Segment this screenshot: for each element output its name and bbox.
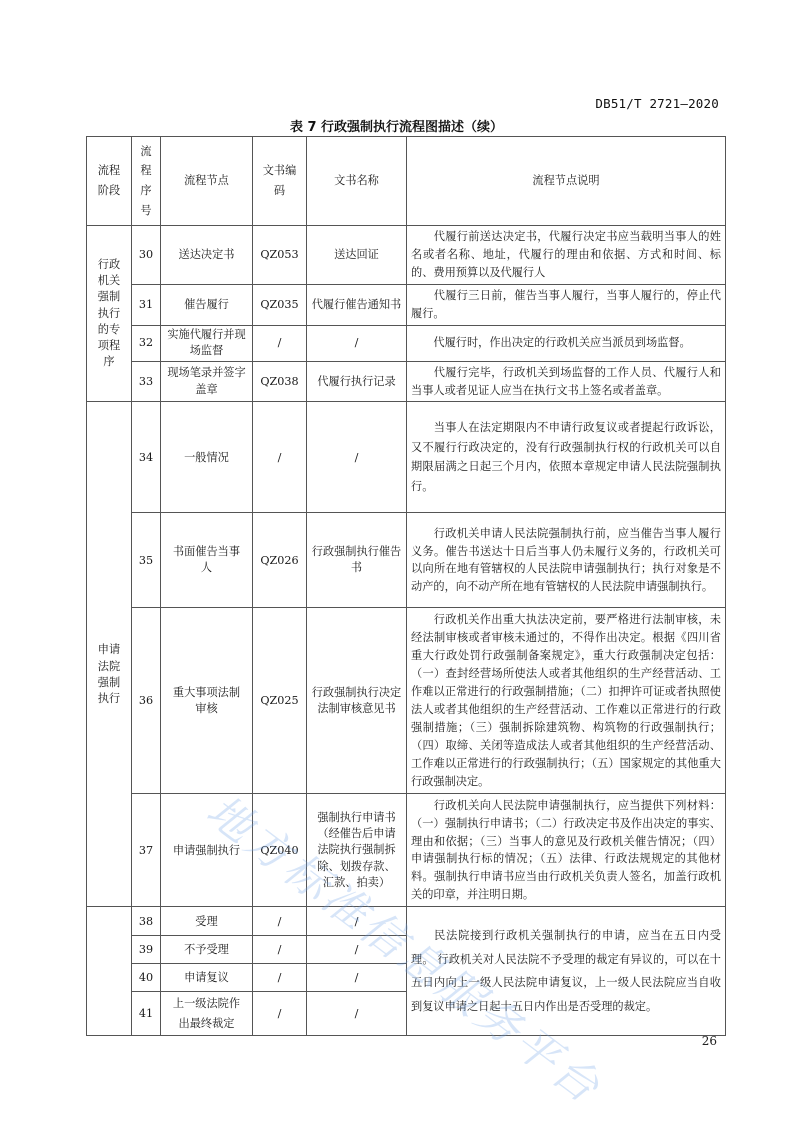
docname-cell: / [307, 964, 407, 992]
code-cell: QZ053 [253, 226, 307, 285]
process-description-table: 流程阶段 流程序号 流程节点 文书编码 文书名称 流程节点说明 行政机关强制执行… [86, 136, 726, 1036]
node-cell: 送达决定书 [161, 226, 253, 285]
docname-cell: / [307, 992, 407, 1036]
document-standard-code: DB51/T 2721—2020 [595, 96, 719, 111]
column-header-node: 流程节点 [161, 137, 253, 226]
docname-cell: 送达回证 [307, 226, 407, 285]
code-cell: / [253, 936, 307, 964]
column-header-desc: 流程节点说明 [407, 137, 726, 226]
column-header-seq: 流程序号 [132, 137, 161, 226]
desc-cell: 行政机关向人民法院申请强制执行，应当提供下列材料：（一）强制执行申请书；（二）行… [407, 794, 726, 907]
node-cell: 申请强制执行 [161, 794, 253, 907]
docname-cell: 代履行催告通知书 [307, 284, 407, 325]
table-row: 31 催告履行 QZ035 代履行催告通知书 代履行三日前，催告当事人履行，当事… [87, 284, 726, 325]
docname-cell: / [307, 402, 407, 513]
stage-cell: 申请法院强制执行 [87, 402, 132, 907]
docname-cell: 行政强制执行催告书 [307, 513, 407, 608]
seq-cell: 37 [132, 794, 161, 907]
docname-cell: 强制执行申请书（经催告后申请法院执行强制拆除、划拨存款、汇款、拍卖） [307, 794, 407, 907]
stage-cell [87, 907, 132, 1036]
node-cell: 受理 [161, 907, 253, 936]
desc-cell: 代履行完毕，行政机关到场监督的工作人员、代履行人和当事人或者见证人应当在执行文书… [407, 361, 726, 402]
docname-cell: / [307, 907, 407, 936]
table-row: 行政机关强制执行的专项程序 30 送达决定书 QZ053 送达回证 代履行前送达… [87, 226, 726, 285]
node-cell: 申请复议 [161, 964, 253, 992]
code-cell: QZ040 [253, 794, 307, 907]
docname-cell: 代履行执行记录 [307, 361, 407, 402]
seq-cell: 38 [132, 907, 161, 936]
column-header-code: 文书编码 [253, 137, 307, 226]
node-cell: 书面催告当事人 [161, 513, 253, 608]
desc-cell: 代履行前送达决定书，代履行决定书应当载明当事人的姓名或者名称、地址，代履行的理由… [407, 226, 726, 285]
code-cell: QZ026 [253, 513, 307, 608]
code-cell: QZ025 [253, 608, 307, 794]
table-row: 33 现场笔录并签字盖章 QZ038 代履行执行记录 代履行完毕，行政机关到场监… [87, 361, 726, 402]
page-number: 26 [702, 1034, 717, 1048]
seq-cell: 32 [132, 325, 161, 361]
code-cell: / [253, 402, 307, 513]
seq-cell: 35 [132, 513, 161, 608]
docname-cell: 行政强制执行决定法制审核意见书 [307, 608, 407, 794]
code-cell: QZ035 [253, 284, 307, 325]
desc-cell: 当事人在法定期限内不申请行政复议或者提起行政诉讼，又不履行行政决定的，没有行政强… [407, 402, 726, 513]
column-header-docname: 文书名称 [307, 137, 407, 226]
seq-cell: 31 [132, 284, 161, 325]
seq-cell: 41 [132, 992, 161, 1036]
table-row: 38 受理 / / 民法院接到行政机关强制执行的申请，应当在五日内受理。 行政机… [87, 907, 726, 936]
seq-cell: 40 [132, 964, 161, 992]
docname-cell: / [307, 325, 407, 361]
desc-cell: 行政机关作出重大执法决定前，要严格进行法制审核，未经法制审核或者审核未通过的，不… [407, 608, 726, 794]
table-row: 36 重大事项法制审核 QZ025 行政强制执行决定法制审核意见书 行政机关作出… [87, 608, 726, 794]
table-row: 35 书面催告当事人 QZ026 行政强制执行催告书 行政机关申请人民法院强制执… [87, 513, 726, 608]
table-header-row: 流程阶段 流程序号 流程节点 文书编码 文书名称 流程节点说明 [87, 137, 726, 226]
table-row: 32 实施代履行并现场监督 / / 代履行时，作出决定的行政机关应当派员到场监督… [87, 325, 726, 361]
table-row: 37 申请强制执行 QZ040 强制执行申请书（经催告后申请法院执行强制拆除、划… [87, 794, 726, 907]
seq-cell: 34 [132, 402, 161, 513]
node-cell: 不予受理 [161, 936, 253, 964]
code-cell: / [253, 964, 307, 992]
node-cell: 重大事项法制审核 [161, 608, 253, 794]
code-cell: QZ038 [253, 361, 307, 402]
stage-cell: 行政机关强制执行的专项程序 [87, 226, 132, 402]
desc-cell: 代履行三日前，催告当事人履行，当事人履行的，停止代履行。 [407, 284, 726, 325]
desc-cell: 行政机关申请人民法院强制执行前，应当催告当事人履行义务。催告书送达十日后当事人仍… [407, 513, 726, 608]
node-cell: 现场笔录并签字盖章 [161, 361, 253, 402]
node-cell: 催告履行 [161, 284, 253, 325]
seq-cell: 33 [132, 361, 161, 402]
code-cell: / [253, 992, 307, 1036]
code-cell: / [253, 325, 307, 361]
seq-cell: 36 [132, 608, 161, 794]
docname-cell: / [307, 936, 407, 964]
desc-cell-merged: 民法院接到行政机关强制执行的申请，应当在五日内受理。 行政机关对人民法院不予受理… [407, 907, 726, 1036]
node-cell: 上一级法院作出最终裁定 [161, 992, 253, 1036]
desc-cell: 代履行时，作出决定的行政机关应当派员到场监督。 [407, 325, 726, 361]
code-cell: / [253, 907, 307, 936]
node-cell: 实施代履行并现场监督 [161, 325, 253, 361]
seq-cell: 39 [132, 936, 161, 964]
node-cell: 一般情况 [161, 402, 253, 513]
table-row: 申请法院强制执行 34 一般情况 / / 当事人在法定期限内不申请行政复议或者提… [87, 402, 726, 513]
seq-cell: 30 [132, 226, 161, 285]
table-title: 表 7 行政强制执行流程图描述（续） [0, 116, 793, 135]
column-header-stage: 流程阶段 [87, 137, 132, 226]
